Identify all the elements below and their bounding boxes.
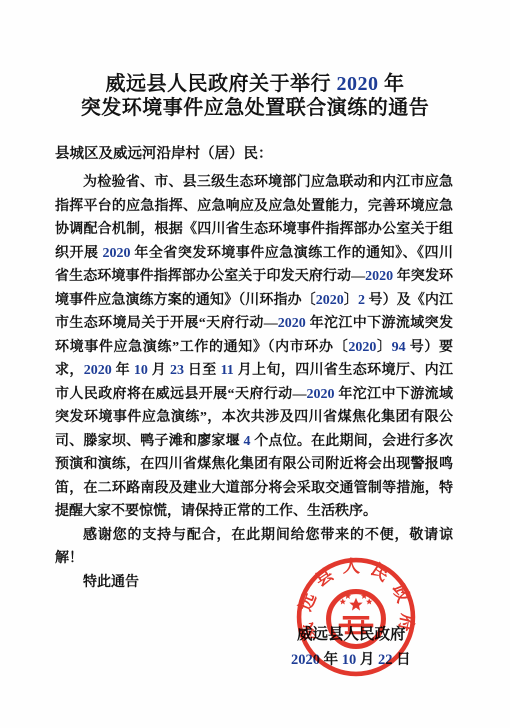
body-paragraph-2: 感谢您的支持与配合，在此期间给您带来的不便，敬请谅解！ [55,524,453,571]
document-title: 威远县人民政府关于举行 2020 年 突发环境事件应急处置联合演练的通告 [40,72,470,120]
notice-document-page: 威远县人民政府关于举行 2020 年 突发环境事件应急处置联合演练的通告 县城区… [0,0,510,728]
body-paragraph-3-closing: 特此通告 [55,571,453,595]
signature-date: 2020 年 10 月 22 日 [291,648,411,669]
document-body: 为检验省、市、县三级生态环境部门应急联动和内江市应急指挥平台的应急指挥、应急响应… [55,171,453,594]
salutation: 县城区及威远河沿岸村（居）民： [55,142,453,163]
document-title-line2: 突发环境事件应急处置联合演练的通告 [40,96,470,120]
body-paragraph-1: 为检验省、市、县三级生态环境部门应急联动和内江市应急指挥平台的应急指挥、应急响应… [55,171,453,524]
document-title-line1: 威远县人民政府关于举行 2020 年 [40,72,470,96]
signature-authority: 威远县人民政府 [297,622,406,644]
